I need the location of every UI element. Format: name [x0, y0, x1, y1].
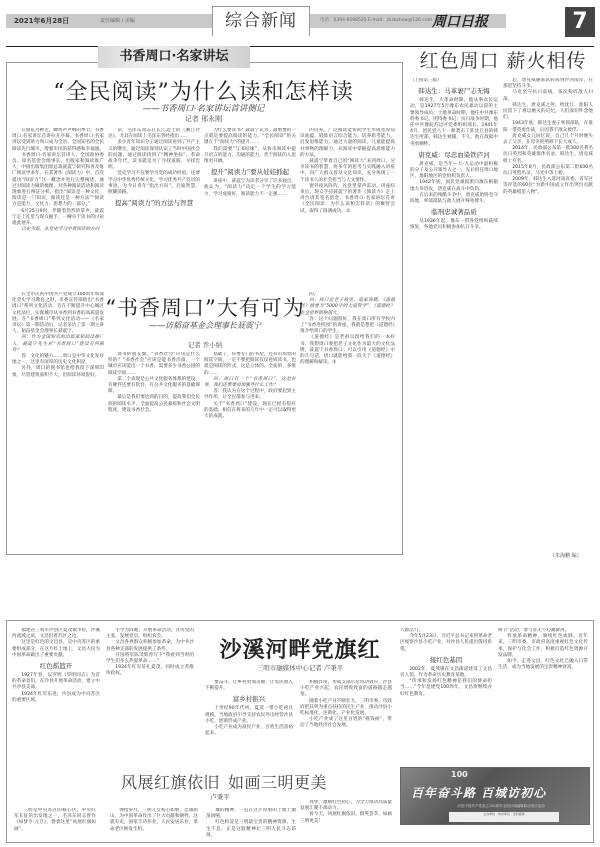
- red-credit: （朱海鹏 编）: [550, 552, 582, 559]
- shaxi-column-3: 要奋斗，让乡村更加美丽，让农民收入不断提升。 富乡村振兴 上世纪90年代初，夏茂…: [205, 680, 293, 762]
- sanming-column-2: 弹指岁月，三明儿女初心如磐，忠诚如山，为中国革命作出了巨大贡献和牺牲，这就有史，…: [110, 808, 198, 838]
- red-subhead-1: 韩达生：马革裹尸志无悔: [410, 84, 498, 98]
- reading-column-3: 为什么要读书？聂震宁认为，最重要的一点就是要提高阅读的能力。“全民阅读”的关键在…: [204, 128, 296, 278]
- reading-column-1: 在洞花丹种近，蝉鸣声声响的季节，书香周口·名家讲坛首讲拉开序幕。书香周口·名家讲…: [12, 128, 104, 278]
- centennial-logo-icon: 100: [451, 770, 468, 779]
- shuxiang-column-3: 基础了，你要专门的书屋，还有市场型的阅读空间，一定不要把阅读仅仅看成读书，也就是…: [204, 352, 296, 554]
- shaxi-column-6: 师节”活动，参与者无不心潮澎湃。 传承革命精神，赓续红色血脉。近年来，三明市委、…: [498, 628, 588, 763]
- red-subhead-3: 临刑忠诚著品质: [410, 205, 498, 219]
- shaxi-column-1: 福建省三明市沙县区夏茂镇李侨，沙溪河流域之滨，文昌沿着苏区之边。 这里是红色的文…: [12, 628, 100, 760]
- ad-subtitle: 庆祝中国共产党成立100周年全国百城融媒联动采访活动: [421, 804, 581, 809]
- red-column-1: （上接第三版） 韩达生：马革裹尸志无悔 韩达生，大革命时期，他从事农民运动，是1…: [410, 78, 498, 556]
- feature-kicker: 书香周口·名家讲坛: [98, 46, 250, 68]
- paper-logo: 周口日报: [432, 11, 488, 31]
- editor-line: 责任编辑 / 美编: [100, 17, 135, 24]
- ad-title: 百年奋斗路 百城访初心: [411, 784, 586, 801]
- red-subhead-2: 唐克威：尽忠血染铁庐河: [410, 148, 498, 162]
- sanming-column-1: 三明是中央苏区的核心区、中央红军长征的出发地之一，毛泽东同志曾作《如梦令·元旦》…: [14, 808, 96, 838]
- shaxi-column-2: 小学为阵地，开展革命活动，宣传党的主张，发展党员，组织农会。 文昌各界群众积极参…: [106, 628, 194, 760]
- contact-line: 电话：0394-8198525 E-mail：zkrbzhxw@126.com: [320, 17, 432, 23]
- shuxiang-column-1: 在全市庆祝中国共产党成立100周年和深化党史学习教育之时，市委宣传部推出“书香周…: [12, 292, 104, 554]
- shuxiang-subheadline: ——访韬奋基金会理事长聂震宁: [105, 320, 305, 331]
- shuxiang-column-2: 谈书的朋友圈，“书香社会”应该是什么样的？“书香社会”应该是能书香洋溢，一个城市…: [108, 352, 200, 554]
- shaxi-column-4: 积极作用，形成支部示范带动效应，沙县小吃产业兴起，农民增收致富的道路越走越宽。 …: [300, 680, 392, 762]
- centennial-ad-banner[interactable]: 100 百年奋斗路 百城访初心 庆祝中国共产党成立100周年全国百城融媒联动采访…: [400, 767, 590, 825]
- shuxiang-headline[interactable]: “书香周口”大有可为: [105, 292, 305, 322]
- reading-column-2: 读，毛泽东同志在长江边上的《湘江评论》，尤其在阅读上毛泽东曾经指出…… 多少青年…: [108, 128, 200, 278]
- ad-sponsor-box: 主办单位 · 协办单位 · 支持媒体: [449, 812, 559, 822]
- reading-column-4: 的培养。广泛阅读能帮助学生形成宽厚知识底蕴，锻炼语言综合能力，培养思考能力，启发…: [300, 128, 395, 278]
- reading-byline: 记者 邢永刚: [6, 114, 401, 124]
- sanming-byline: 卢秉平: [140, 792, 300, 801]
- section-title: 综合新闻: [212, 6, 310, 36]
- sanming-headline-part1[interactable]: 风展红旗依旧: [110, 770, 220, 793]
- shaxi-column-5: 人群活力。 今年5月23日，习近平总书记来到革命老区视察沙县小吃产业，对沙县人民…: [400, 628, 492, 763]
- issue-date: 2021年6月28日: [14, 16, 69, 26]
- shuxiang-column-4: 的。 问：周口是老子故里，道家典籍，《道德经》被誉为“5000字的大道哲学”，《…: [300, 292, 395, 554]
- sanming-headline-part2[interactable]: 如画三明更美: [228, 770, 338, 793]
- shaxi-headline[interactable]: 沙溪河畔党旗红: [200, 633, 400, 664]
- masthead: 2021年6月28日 责任编辑 / 美编 综合新闻 电话：0394-819852…: [0, 0, 600, 48]
- red-column-2: 后，唐克威随部队转战到沙河南岸，在那里坚持斗争。 马克坚守抗日前线，多次粉碎敌人…: [503, 78, 593, 548]
- sanming-column-3: 城的精神，一直在这片厚重的土地上激荡回响。 红色积淀是三明最宝贵的精神资源，生生…: [206, 808, 296, 838]
- red-column-title[interactable]: 红色周口 薪火相传: [408, 46, 598, 73]
- page-number: 7: [565, 7, 595, 37]
- sanming-column-4: 真挚，激励红色初心，为全力推动高质量发展汇聚不竭动力。 看今天，风展红旗依旧，群…: [300, 800, 392, 838]
- reading-subheadline: ——书香周口·名家讲坛首讲侧记: [6, 102, 401, 114]
- shaxi-byline: 三明市融媒体中心记者 卢秉平: [200, 663, 400, 672]
- shuxiang-byline: 记者 乔小纳: [105, 340, 305, 349]
